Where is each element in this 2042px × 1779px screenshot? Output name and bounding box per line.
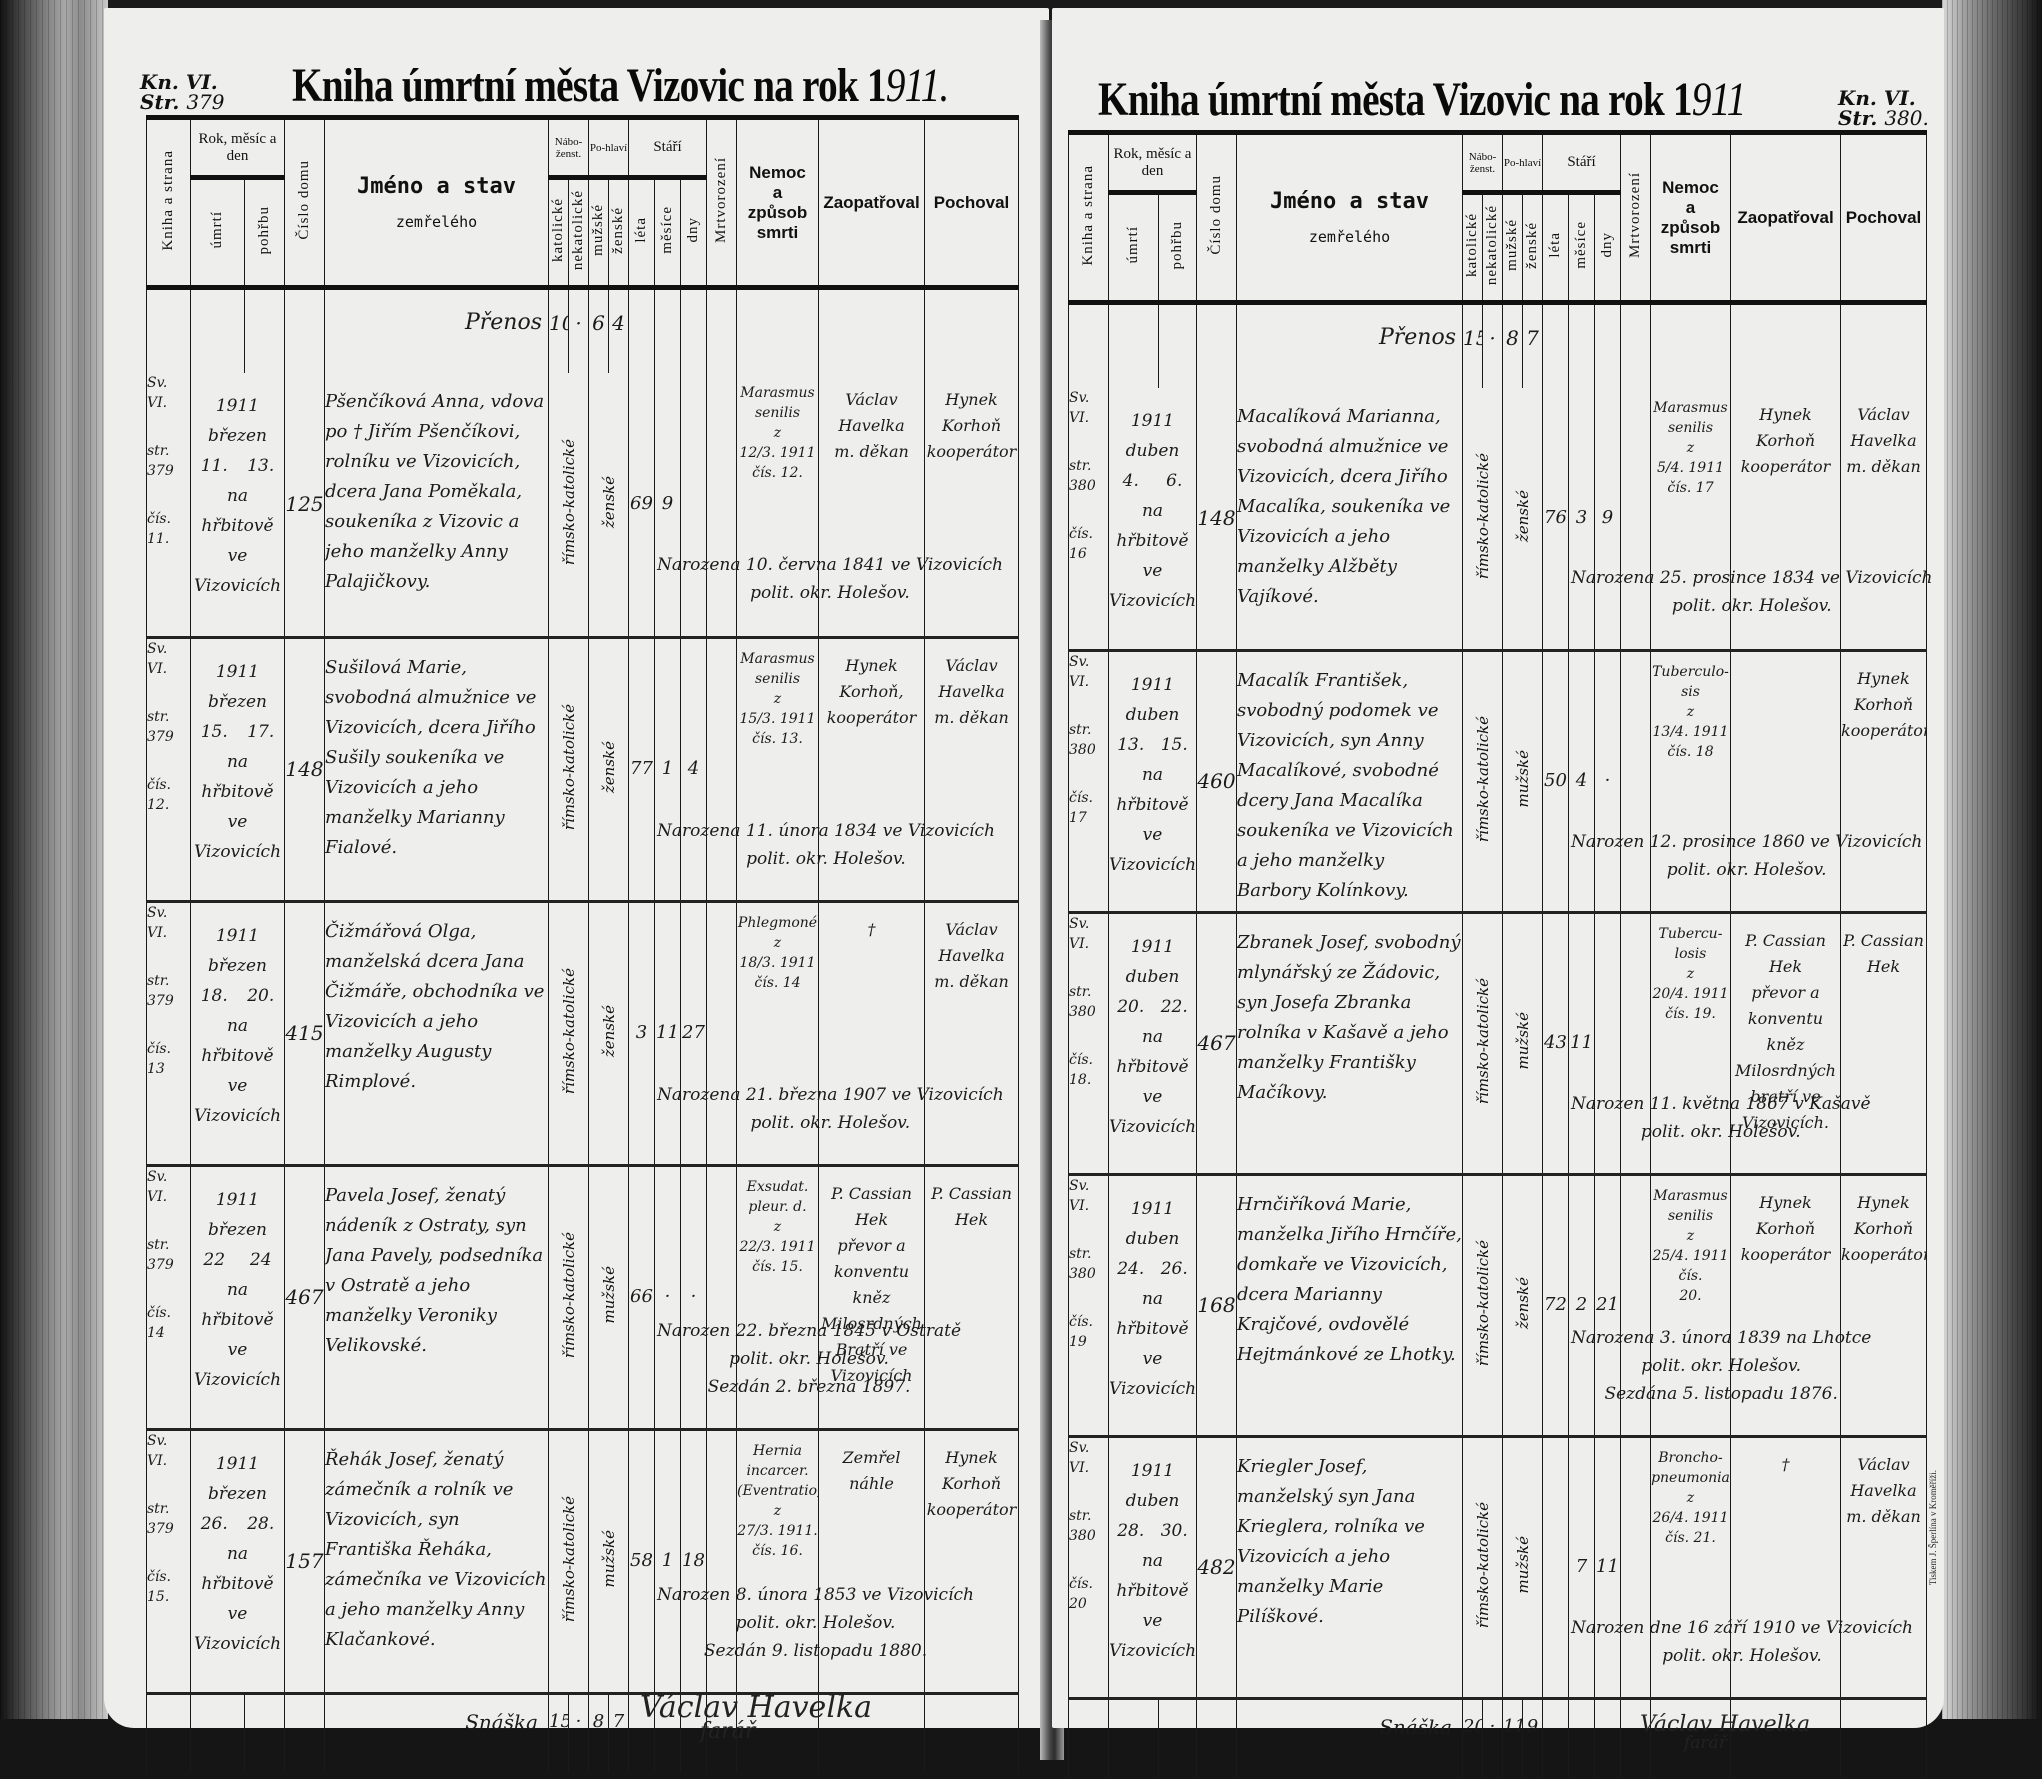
entry-burial-place: na [1109, 1022, 1196, 1052]
entry-book-ref: Sv.VI.str.380čís.16 [1069, 388, 1109, 650]
entry-date: 1911duben4.6.nahřbitově veVizovicích [1109, 388, 1197, 650]
entry-month: březen [191, 687, 284, 717]
entry-burial-place: Vizovicích [1109, 1112, 1196, 1142]
carry-over-label: Přenos [325, 288, 549, 374]
entry-year: 1911 [1109, 406, 1196, 436]
entry-month: duben [1109, 700, 1196, 730]
entry-house-number: 125 [285, 373, 325, 637]
entry-burial-place: Vizovicích [191, 837, 284, 867]
entry-burial-day: 24 [250, 1245, 272, 1275]
entry-age-years: 66 [629, 1165, 655, 1429]
carry-over-muzske: 8 [1503, 303, 1523, 389]
entry-religion: římsko-katolické [549, 373, 589, 637]
right-page-title: Kniha úmrtní města Vizovic na rok 1911 [1098, 72, 1745, 127]
entry-year: 1911 [191, 657, 284, 687]
entry-burial-day: 22. [1161, 992, 1188, 1022]
col-pohlavi: Po-hlaví [589, 118, 629, 178]
col-pohrbu: pohřbu [1159, 193, 1197, 303]
entry-burial-place: na [191, 1011, 284, 1041]
register-entry: Sv.VI.str.379čís.11.1911březen11.13.nahř… [147, 373, 1019, 637]
col-umrti: úmrtí [1109, 193, 1159, 303]
entry-birth-note: Narozen 11. května 1867 v Kašavěpolit. o… [1571, 1090, 1871, 1146]
col-cislo-domu: Číslo domu [1197, 133, 1237, 303]
entry-religion: římsko-katolické [1463, 650, 1503, 912]
entry-burial-place: Vizovicích [191, 1629, 284, 1659]
total-row: Snáška15·87 [147, 1693, 1019, 1773]
entry-house-number: 148 [285, 637, 325, 901]
entry-age-months: 2Narozena 3. února 1839 na Lhotcepolit. … [1569, 1174, 1595, 1436]
entry-burial-place: hřbitově ve [191, 511, 284, 571]
right-register-table: Kniha a strana Rok, měsíc a den Číslo do… [1068, 130, 1927, 1778]
entry-age-years: 72 [1543, 1174, 1569, 1436]
entry-burial-place: Vizovicích [191, 1365, 284, 1395]
col-leta: léta [629, 178, 655, 288]
entry-date: 1911březen26.28.nahřbitově veVizovicích [191, 1429, 285, 1693]
left-register-table: Kniha a strana Rok, měsíc a den Číslo do… [146, 115, 1019, 1773]
entry-burial-place: hřbitově ve [1109, 1314, 1196, 1374]
col-mrtvorozeni: Mrtvorození [707, 118, 737, 288]
entry-book-ref: Sv.VI.str.379čís.11. [147, 373, 191, 637]
entry-burial-place: na [191, 747, 284, 777]
entry-month: duben [1109, 1224, 1196, 1254]
entry-sex: mužské [1503, 650, 1543, 912]
entry-sex: mužské [589, 1429, 629, 1693]
carry-over-row: Přenos15·87 [1069, 303, 1927, 389]
entry-burial-place: Vizovicích [1109, 586, 1196, 616]
entry-burial-day: 28. [247, 1509, 274, 1539]
col-mesice: měsíce [1569, 193, 1595, 303]
register-entry: Sv.VI.str.380čís.18.1911duben20.22.nahřb… [1069, 912, 1927, 1174]
register-entry: Sv.VI.str.379čís.12.1911březen15.17.nahř… [147, 637, 1019, 901]
entry-burial-place: na [191, 1539, 284, 1569]
entry-birth-note: Narozen 8. února 1853 ve Vizovicíchpolit… [657, 1581, 974, 1665]
entry-name-status: Řehák Josef, ženatý zámečník a rolník ve… [325, 1429, 549, 1693]
page-number: 380. [1884, 106, 1929, 130]
entry-death-day: 20. [1117, 992, 1144, 1022]
title-year: 911 [1692, 73, 1746, 126]
page-label: Str. [1838, 106, 1877, 130]
entry-book-ref: Sv.VI.str.379čís.13 [147, 901, 191, 1165]
entry-date: 1911duben24.26.nahřbitově veVizovicích [1109, 1174, 1197, 1436]
entry-age-months: 1Narozen 8. února 1853 ve Vizovicíchpoli… [655, 1429, 681, 1693]
entry-month: březen [191, 421, 284, 451]
total-nekatolicke: · [569, 1693, 589, 1773]
col-pochoval: Pochoval [1841, 133, 1927, 303]
entry-sex: mužské [1503, 1436, 1543, 1698]
col-pohrbu: pohřbu [245, 178, 285, 288]
entry-burial-place: na [1109, 496, 1196, 526]
entry-burial-day: 20. [247, 981, 274, 1011]
entry-birth-note: Narozen 22. března 1845 v Ostratěpolit. … [657, 1317, 961, 1401]
entry-sex: ženské [589, 901, 629, 1165]
total-katolicke: 20 [1463, 1698, 1483, 1778]
entry-birth-note: Narozena 3. února 1839 na Lhotcepolit. o… [1571, 1324, 1871, 1408]
entry-birth-note: Narozen dne 16 září 1910 ve Vizovicíchpo… [1571, 1614, 1913, 1670]
entry-month: duben [1109, 1486, 1196, 1516]
entry-burial-day: 26. [1161, 1254, 1188, 1284]
entry-death-day: 26. [201, 1509, 228, 1539]
entry-year: 1911 [191, 1185, 284, 1215]
entry-house-number: 415 [285, 901, 325, 1165]
entry-name-status: Pavela Josef, ženatý nádeník z Ostraty, … [325, 1165, 549, 1429]
entry-month: březen [191, 1215, 284, 1245]
entry-burial-place: Vizovicích [191, 1101, 284, 1131]
carry-over-muzske: 6 [589, 288, 609, 374]
entry-age-months: 11Narozen 11. května 1867 v Kašavěpolit.… [1569, 912, 1595, 1174]
entry-year: 1911 [1109, 1456, 1196, 1486]
col-zaopatroval: Zaopatřoval [1731, 133, 1841, 303]
col-kniha-a-strana: Kniha a strana [147, 118, 191, 288]
entry-age-months: 3Narozena 25. prosince 1834 ve Vizovicíc… [1569, 388, 1595, 650]
entry-year: 1911 [1109, 932, 1196, 962]
entry-birth-note: Narozena 21. března 1907 ve Vizovicíchpo… [657, 1081, 1004, 1137]
entry-sex: mužské [1503, 912, 1543, 1174]
entry-religion: římsko-katolické [549, 637, 589, 901]
entry-religion: římsko-katolické [1463, 388, 1503, 650]
book-number: Kn. VI. [140, 72, 225, 92]
col-cislo-domu: Číslo domu [285, 118, 325, 288]
entry-house-number: 467 [1197, 912, 1237, 1174]
entry-burial-place: hřbitově ve [1109, 790, 1196, 850]
book-page-edges-left [0, 0, 108, 1779]
entry-house-number: 148 [1197, 388, 1237, 650]
col-mrtvorozeni: Mrtvorození [1621, 133, 1651, 303]
entry-burial-place: Vizovicích [1109, 1636, 1196, 1666]
carry-over-label: Přenos [1237, 303, 1463, 389]
col-zenske: ženské [1523, 193, 1543, 303]
entry-house-number: 157 [285, 1429, 325, 1693]
entry-house-number: 168 [1197, 1174, 1237, 1436]
entry-name-status: Kriegler Josef, manželský syn Jana Krieg… [1237, 1436, 1463, 1698]
entry-sex: ženské [589, 373, 629, 637]
col-katolicke: katolické [1463, 193, 1483, 303]
col-rok-mesic-den: Rok, měsíc a den [1109, 133, 1197, 193]
entry-year: 1911 [191, 1449, 284, 1479]
entry-death-day: 4. [1123, 466, 1139, 496]
entry-book-ref: Sv.VI.str.380čís.19 [1069, 1174, 1109, 1436]
entry-year: 1911 [191, 921, 284, 951]
entry-burial-place: Vizovicích [1109, 850, 1196, 880]
entry-date: 1911březen15.17.nahřbitově veVizovicích [191, 637, 285, 901]
col-muzske: mužské [1503, 193, 1523, 303]
entry-death-day: 13. [1117, 730, 1144, 760]
book-number: Kn. VI. [1838, 88, 1929, 108]
entry-age-years: 50 [1543, 650, 1569, 912]
carry-over-katolicke: 15 [1463, 303, 1483, 389]
entry-burial-place: hřbitově ve [191, 1569, 284, 1629]
entry-sex: ženské [1503, 1174, 1543, 1436]
entry-burial-place: na [191, 1275, 284, 1305]
register-entry: Sv.VI.str.379čís.131911březen18.20.nahřb… [147, 901, 1019, 1165]
entry-death-day: 24. [1117, 1254, 1144, 1284]
col-jmeno-a-stav: Jméno a stavzemřelého [1237, 133, 1463, 303]
entry-burial-place: na [1109, 760, 1196, 790]
entry-age-months: 11Narozena 21. března 1907 ve Vizovicích… [655, 901, 681, 1165]
col-nekatolicke: nekatolické [569, 178, 589, 288]
col-nekatolicke: nekatolické [1483, 193, 1503, 303]
total-katolicke: 15 [549, 1693, 569, 1773]
col-katolicke: katolické [549, 178, 569, 288]
col-pohlavi: Po-hlaví [1503, 133, 1543, 193]
col-jmeno-a-stav: Jméno a stavzemřelého [325, 118, 549, 288]
entry-age-months: ·Narozen 22. března 1845 v Ostratěpolit.… [655, 1165, 681, 1429]
entry-name-status: Macalíková Marianna, svobodná almužnice … [1237, 388, 1463, 650]
right-book-reference: Kn. VI. Str. 380. [1838, 88, 1929, 128]
carry-over-nekatolicke: · [1483, 303, 1503, 389]
entry-birth-note: Narozena 25. prosince 1834 ve Vizovicích… [1571, 564, 1932, 620]
printer-imprint: Tiskem J. Šperlína v Kroměříži. [1928, 1470, 1938, 1585]
col-dny: dny [1595, 193, 1621, 303]
total-label: Snáška [325, 1693, 549, 1773]
entry-name-status: Macalík František, svobodný podomek ve V… [1237, 650, 1463, 912]
entry-book-ref: Sv.VI.str.380čís.20 [1069, 1436, 1109, 1698]
entry-age-years: 3 [629, 901, 655, 1165]
entry-burial-place: Vizovicích [1109, 1374, 1196, 1404]
left-signature: Václav Havelka farář [640, 1690, 872, 1744]
left-page-title: Kniha úmrtní města Vizovic na rok 1911. [292, 58, 948, 113]
title-year: 911. [886, 59, 949, 112]
entry-age-months: 4Narozen 12. prosince 1860 ve Vizovicích… [1569, 650, 1595, 912]
entry-age-years: 69 [629, 373, 655, 637]
entry-year: 1911 [191, 391, 284, 421]
total-zenske: 7 [609, 1693, 629, 1773]
entry-age-months: 7Narozen dne 16 září 1910 ve Vizovicíchp… [1569, 1436, 1595, 1698]
entry-date: 1911duben20.22.nahřbitově veVizovicích [1109, 912, 1197, 1174]
col-nemoc: Nemocazpůsobsmrti [737, 118, 819, 288]
col-umrti: úmrtí [191, 178, 245, 288]
entry-book-ref: Sv.VI.str.379čís.14 [147, 1165, 191, 1429]
entry-month: duben [1109, 962, 1196, 992]
entry-burial-place: hřbitově ve [1109, 1052, 1196, 1112]
total-muzske: 8 [589, 1693, 609, 1773]
carry-over-row: Přenos10·64 [147, 288, 1019, 374]
entry-name-status: Zbranek Josef, svobodný mlynářský ze Žád… [1237, 912, 1463, 1174]
entry-sex: ženské [589, 637, 629, 901]
entry-name-status: Hrnčiříková Marie, manželka Jiřího Hrnčí… [1237, 1174, 1463, 1436]
entry-religion: římsko-katolické [1463, 1174, 1503, 1436]
entry-burial-place: hřbitově ve [1109, 1576, 1196, 1636]
total-nekatolicke: · [1483, 1698, 1503, 1778]
entry-house-number: 482 [1197, 1436, 1237, 1698]
entry-age-months: 9Narozena 10. června 1841 ve Vizovicíchp… [655, 373, 681, 637]
entry-burial-place: na [1109, 1284, 1196, 1314]
total-zenske: 9 [1523, 1698, 1543, 1778]
entry-name-status: Pšenčíková Anna, vdova po † Jiřím Pšenčí… [325, 373, 549, 637]
book-page-edges-right [1942, 0, 2042, 1779]
entry-date: 1911duben28.30.nahřbitově veVizovicích [1109, 1436, 1197, 1698]
entry-burial-place: hřbitově ve [191, 1305, 284, 1365]
entry-burial-place: na [1109, 1546, 1196, 1576]
register-entry: Sv.VI.str.379čís.15.1911březen26.28.nahř… [147, 1429, 1019, 1693]
entry-year: 1911 [1109, 670, 1196, 700]
carry-over-zenske: 4 [609, 288, 629, 374]
entry-burial-place: Vizovicích [191, 571, 284, 601]
right-signature: Václav Havelka farář [1640, 1712, 1810, 1753]
col-dny: dny [681, 178, 707, 288]
entry-age-years: 77 [629, 637, 655, 901]
entry-religion: římsko-katolické [1463, 1436, 1503, 1698]
col-stari: Stáří [629, 118, 707, 178]
register-entry: Sv.VI.str.380čís.201911duben28.30.nahřbi… [1069, 1436, 1927, 1698]
entry-death-day: 28. [1117, 1516, 1144, 1546]
col-rok-mesic-den: Rok, měsíc a den [191, 118, 285, 178]
entry-age-months: 1Narozena 11. února 1834 ve Vizovicíchpo… [655, 637, 681, 901]
entry-burial-place: hřbitově ve [191, 1041, 284, 1101]
entry-book-ref: Sv.VI.str.380čís.17 [1069, 650, 1109, 912]
entry-birth-note: Narozena 11. února 1834 ve Vizovicíchpol… [657, 817, 995, 873]
entry-age-years: 76 [1543, 388, 1569, 650]
col-nabozenstvi: Nábo-ženst. [549, 118, 589, 178]
entry-religion: římsko-katolické [549, 1429, 589, 1693]
register-entry: Sv.VI.str.379čís.141911březen2224nahřbit… [147, 1165, 1019, 1429]
entry-month: březen [191, 951, 284, 981]
entry-date: 1911březen18.20.nahřbitově veVizovicích [191, 901, 285, 1165]
entry-year: 1911 [1109, 1194, 1196, 1224]
col-stari: Stáří [1543, 133, 1621, 193]
col-nemoc: Nemocazpůsobsmrti [1651, 133, 1731, 303]
entry-date: 1911duben13.15.nahřbitově veVizovicích [1109, 650, 1197, 912]
col-zenske: ženské [609, 178, 629, 288]
entry-birth-note: Narozen 12. prosince 1860 ve Vizovicíchp… [1571, 828, 1922, 884]
carry-over-katolicke: 10 [549, 288, 569, 374]
entry-age-years [1543, 1436, 1569, 1698]
entry-burial-day: 30. [1161, 1516, 1188, 1546]
entry-religion: římsko-katolické [549, 1165, 589, 1429]
register-entry: Sv.VI.str.380čís.171911duben13.15.nahřbi… [1069, 650, 1927, 912]
entry-religion: římsko-katolické [1463, 912, 1503, 1174]
entry-death-day: 11. [201, 451, 228, 481]
entry-death-day: 15. [201, 717, 228, 747]
register-entry: Sv.VI.str.380čís.161911duben4.6.nahřbito… [1069, 388, 1927, 650]
entry-burial-day: 6. [1166, 466, 1182, 496]
total-muzske: 11 [1503, 1698, 1523, 1778]
entry-date: 1911březen11.13.nahřbitově veVizovicích [191, 373, 285, 637]
entry-name-status: Sušilová Marie, svobodná almužnice ve Vi… [325, 637, 549, 901]
entry-burial-place: na [191, 481, 284, 511]
col-kniha-a-strana: Kniha a strana [1069, 133, 1109, 303]
entry-book-ref: Sv.VI.str.379čís.12. [147, 637, 191, 901]
col-muzske: mužské [589, 178, 609, 288]
col-leta: léta [1543, 193, 1569, 303]
entry-book-ref: Sv.VI.str.380čís.18. [1069, 912, 1109, 1174]
entry-age-years: 43 [1543, 912, 1569, 1174]
page-number: 379 [186, 90, 224, 114]
entry-religion: římsko-katolické [549, 901, 589, 1165]
entry-burial-day: 13. [247, 451, 274, 481]
entry-name-status: Čižmářová Olga, manželská dcera Jana Čiž… [325, 901, 549, 1165]
carry-over-nekatolicke: · [569, 288, 589, 374]
left-book-reference: Kn. VI. Str. 379 [140, 72, 225, 112]
entry-age-years: 58 [629, 1429, 655, 1693]
col-pochoval: Pochoval [925, 118, 1019, 288]
total-label: Snáška [1237, 1698, 1463, 1778]
col-nabozenstvi: Nábo-ženst. [1463, 133, 1503, 193]
col-zaopatroval: Zaopatřoval [819, 118, 925, 288]
entry-house-number: 467 [285, 1165, 325, 1429]
entry-book-ref: Sv.VI.str.379čís.15. [147, 1429, 191, 1693]
entry-death-day: 18. [201, 981, 228, 1011]
carry-over-zenske: 7 [1523, 303, 1543, 389]
entry-date: 1911březen2224nahřbitově veVizovicích [191, 1165, 285, 1429]
page-label: Str. [140, 90, 179, 114]
entry-month: březen [191, 1479, 284, 1509]
col-mesice: měsíce [655, 178, 681, 288]
entry-month: duben [1109, 436, 1196, 466]
register-entry: Sv.VI.str.380čís.191911duben24.26.nahřbi… [1069, 1174, 1927, 1436]
entry-burial-day: 17. [247, 717, 274, 747]
entry-sex: mužské [589, 1165, 629, 1429]
entry-death-day: 22 [203, 1245, 225, 1275]
entry-burial-day: 15. [1161, 730, 1188, 760]
entry-burial-place: hřbitově ve [191, 777, 284, 837]
entry-house-number: 460 [1197, 650, 1237, 912]
entry-sex: ženské [1503, 388, 1543, 650]
entry-burial-place: hřbitově ve [1109, 526, 1196, 586]
entry-birth-note: Narozena 10. června 1841 ve Vizovicíchpo… [657, 551, 1003, 607]
